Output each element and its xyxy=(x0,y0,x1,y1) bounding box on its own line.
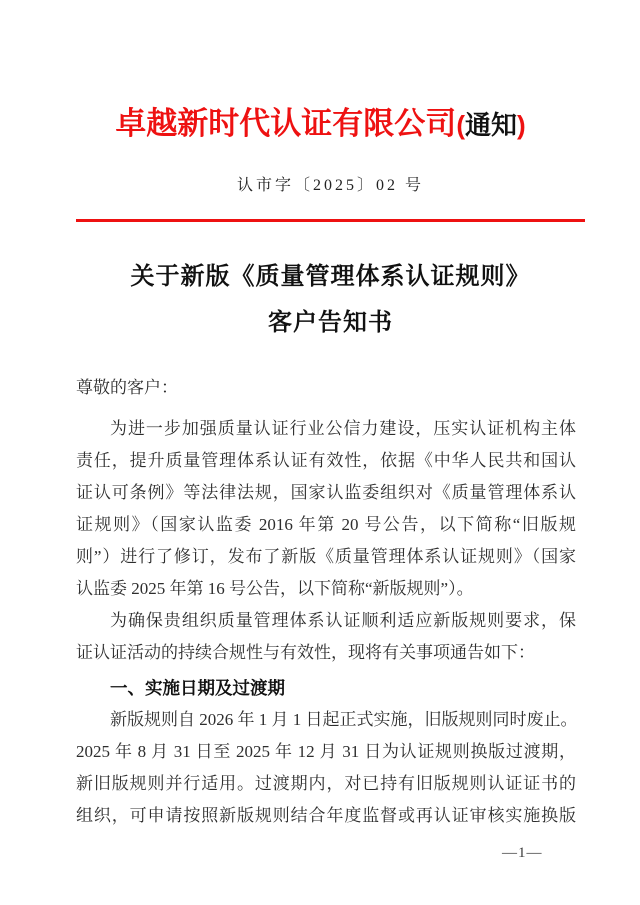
company-letterhead: 卓越新时代认证有限公司(通知) xyxy=(66,102,575,147)
body-line: 则”）进行了修订，发布了新版《质量管理体系认证规则》（国家 xyxy=(76,541,576,573)
notice-suffix: (通知) xyxy=(456,110,525,140)
document-body: 尊敬的客户： 为进一步加强质量认证行业公信力建设，压实认证机构主体 责任，提升质… xyxy=(76,372,576,832)
paragraph-1: 为进一步加强质量认证行业公信力建设，压实认证机构主体 责任，提升质量管理体系认证… xyxy=(76,413,576,605)
document-page: 卓越新时代认证有限公司(通知) 认市字〔2025〕02 号 关于新版《质量管理体… xyxy=(0,0,640,905)
salutation: 尊敬的客户： xyxy=(76,372,576,404)
body-line: 为进一步加强质量认证行业公信力建设，压实认证机构主体 xyxy=(76,413,576,445)
notice-paren-open: ( xyxy=(456,110,465,140)
body-line: 证规则》（国家认监委 2016 年第 20 号公告，以下简称“旧版规 xyxy=(76,509,576,541)
body-line: 证认可条例》等法律法规，国家认监委组织对《质量管理体系认 xyxy=(76,477,576,509)
page-number: —1— xyxy=(502,845,543,862)
red-divider-rule xyxy=(76,219,585,222)
body-line: 为确保贵组织质量管理体系认证顺利适应新版规则要求，保 xyxy=(76,605,576,637)
notice-label: 通知 xyxy=(465,110,517,140)
paragraph-2: 为确保贵组织质量管理体系认证顺利适应新版规则要求，保 证认证活动的持续合规性与有… xyxy=(76,605,576,669)
body-line: 证认证活动的持续合规性与有效性，现将有关事项通告如下： xyxy=(76,637,576,669)
section-1-heading: 一、实施日期及过渡期 xyxy=(76,672,576,704)
document-title-line1: 关于新版《质量管理体系认证规则》 xyxy=(76,254,585,300)
paragraph-3: 新版规则自 2026 年 1 月 1 日起正式实施，旧版规则同时废止。 2025… xyxy=(76,704,576,832)
document-number: 认市字〔2025〕02 号 xyxy=(76,174,585,198)
body-line: 责任，提升质量管理体系认证有效性，依据《中华人民共和国认 xyxy=(76,445,576,477)
document-title: 关于新版《质量管理体系认证规则》 客户告知书 xyxy=(76,254,585,346)
body-line: 新旧版规则并行适用。过渡期内，对已持有旧版规则认证证书的 xyxy=(76,768,576,800)
body-line: 认监委 2025 年第 16 号公告，以下简称“新版规则”）。 xyxy=(76,573,576,605)
notice-paren-close: ) xyxy=(517,110,526,140)
body-line: 新版规则自 2026 年 1 月 1 日起正式实施，旧版规则同时废止。 xyxy=(76,704,576,736)
body-line: 2025 年 8 月 31 日至 2025 年 12 月 31 日为认证规则换版… xyxy=(76,736,576,768)
body-line: 组织，可申请按照新版规则结合年度监督或再认证审核实施换版 xyxy=(76,800,576,832)
company-name: 卓越新时代认证有限公司 xyxy=(115,106,456,141)
document-title-line2: 客户告知书 xyxy=(76,300,585,346)
